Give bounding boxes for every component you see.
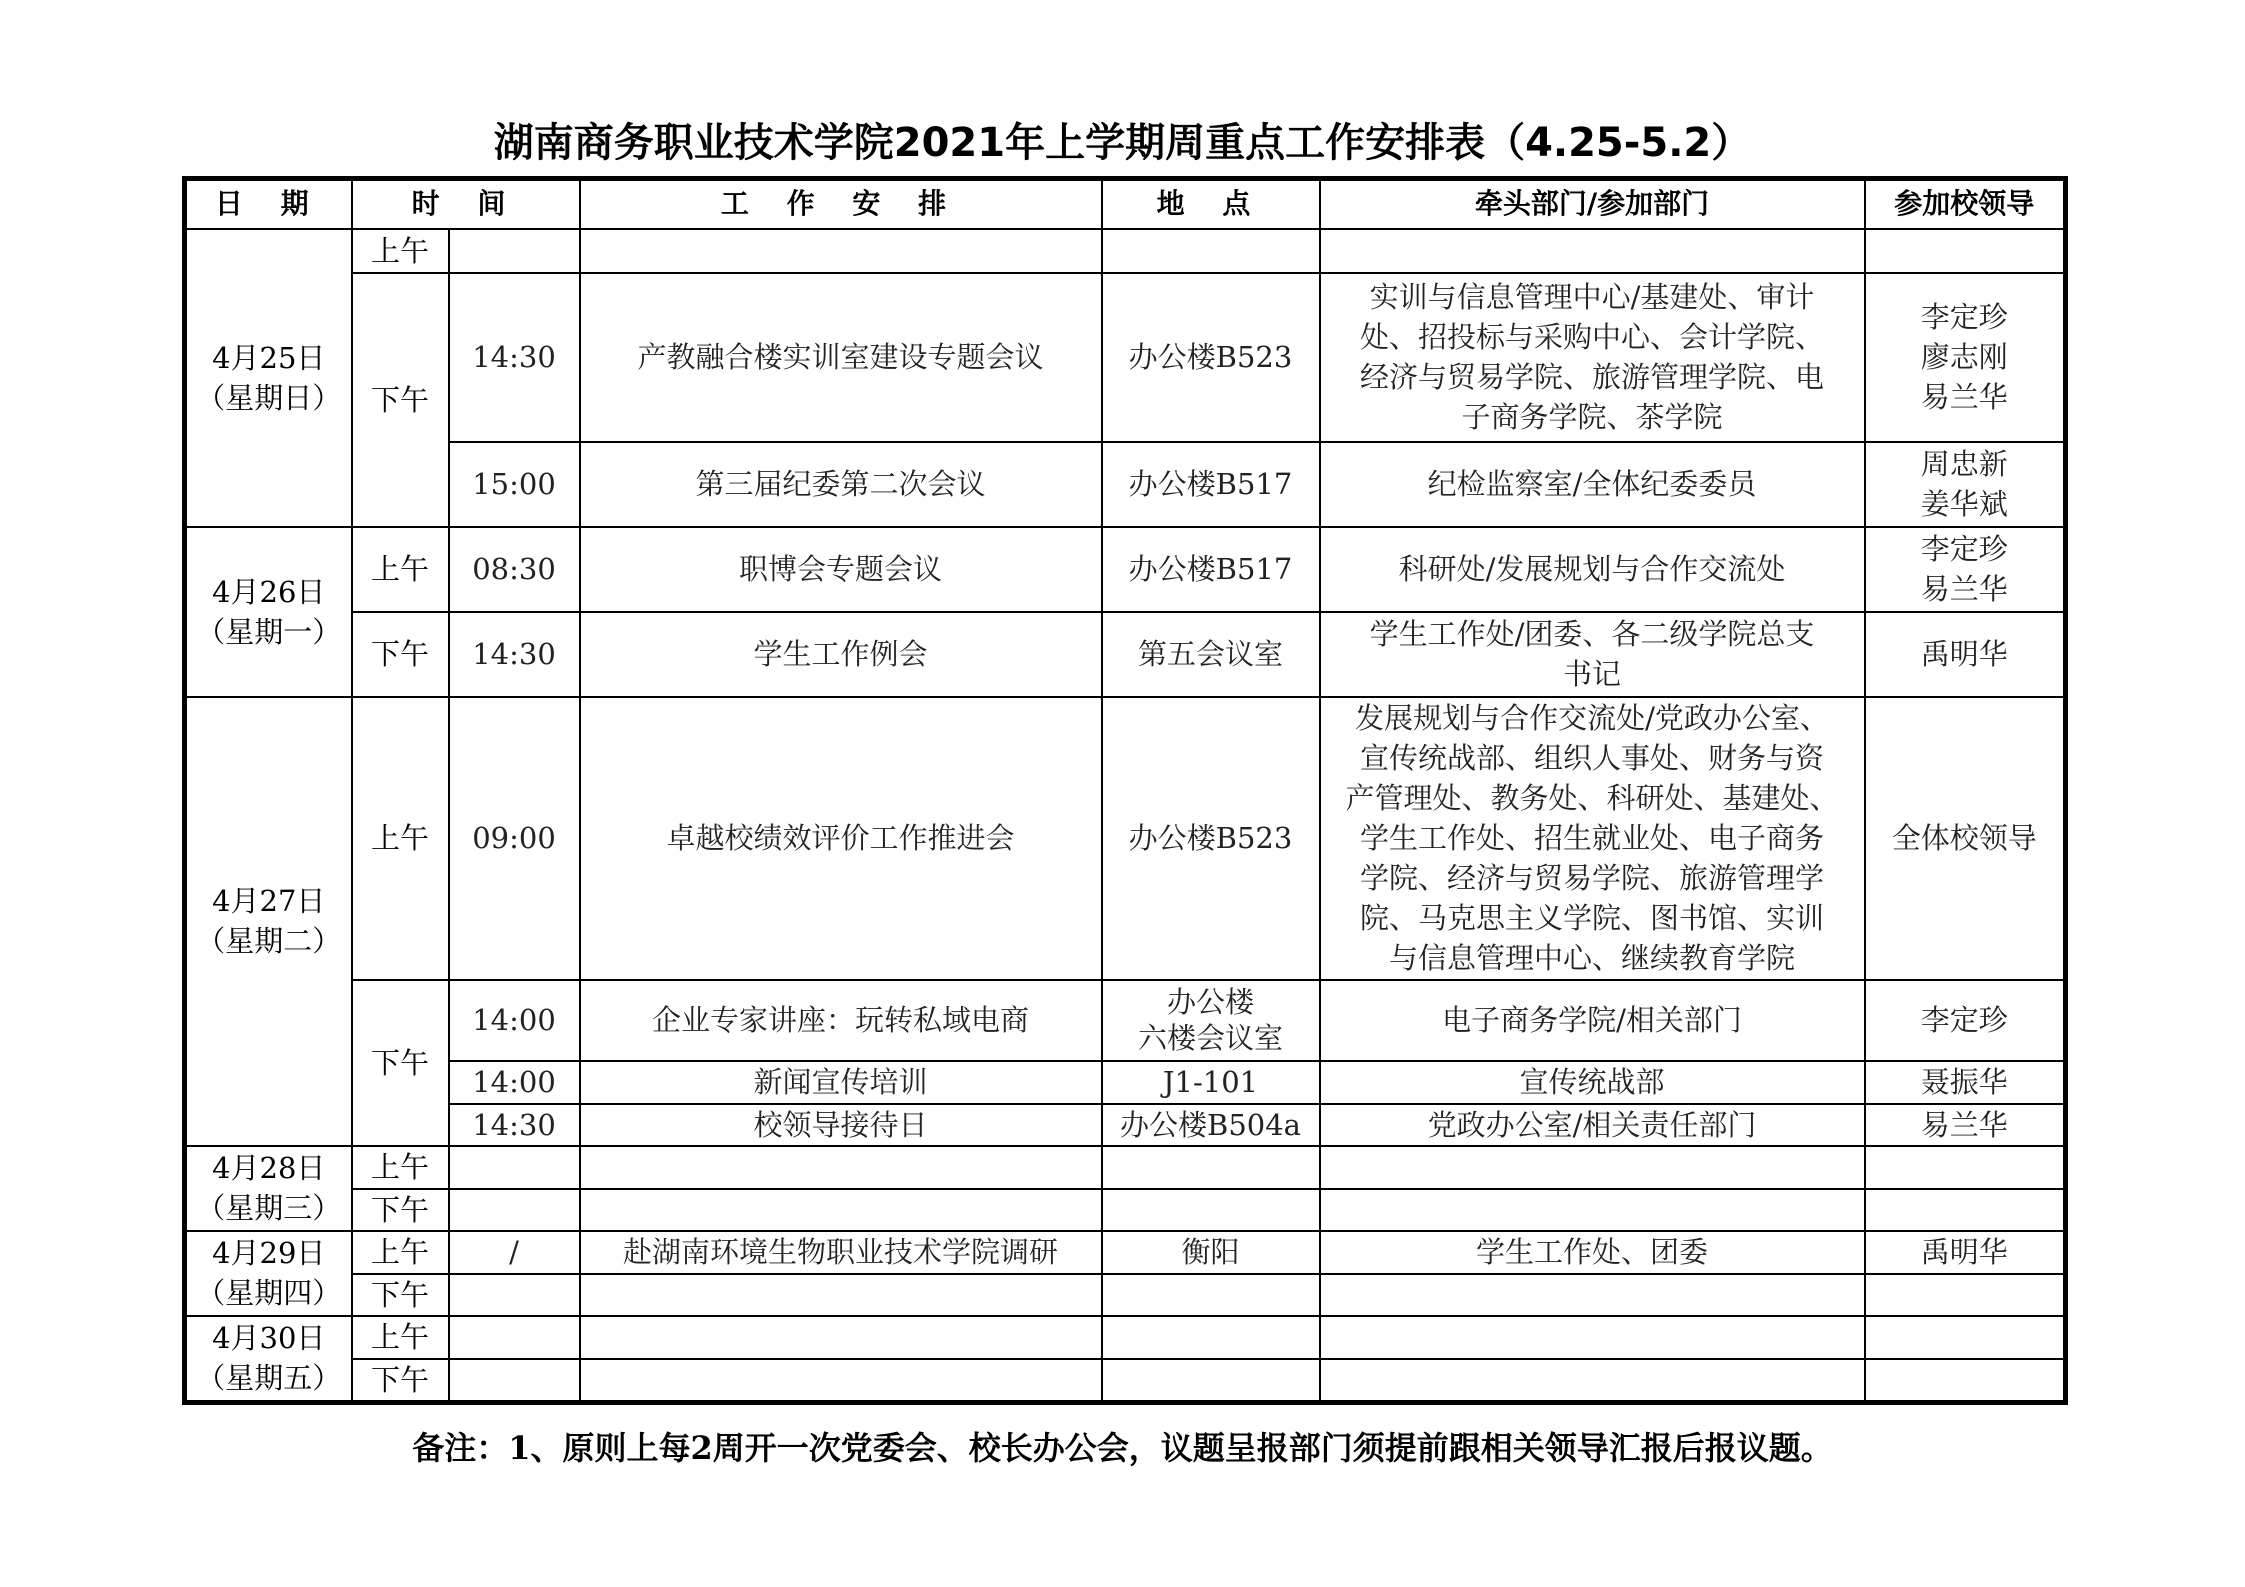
work-cell: 新闻宣传培训 [580,1061,1102,1104]
location-cell: 第五会议室 [1102,612,1320,697]
date-label: 4月25日 [193,338,345,378]
period-pm: 下午 [352,273,449,527]
location-line: 办公楼 [1109,984,1313,1020]
time-cell: 09:00 [449,697,580,980]
period-am: 上午 [352,1231,449,1274]
leaders-cell: 李定珍 廖志刚 易兰华 [1865,273,2066,442]
leaders-cell [1865,1359,2066,1403]
schedule-table: 日 期 时 间 工 作 安 排 地 点 牵头部门/参加部门 参加校领导 4月25… [182,176,2068,1405]
department-line: 子商务学院、茶学院 [1327,397,1858,437]
date-cell: 4月30日 （星期五） [185,1316,352,1403]
location-line: 六楼会议室 [1109,1020,1313,1056]
weekday-label: （星期四） [193,1273,345,1313]
location-cell: J1-101 [1102,1061,1320,1104]
time-cell [449,229,580,273]
period-am: 上午 [352,697,449,980]
location-cell [1102,1359,1320,1403]
leaders-cell [1865,1316,2066,1359]
leaders-cell [1865,1189,2066,1231]
table-row: 下午 14:00 企业专家讲座：玩转私域电商 办公楼 六楼会议室 电子商务学院/… [185,980,2066,1061]
time-cell: 15:00 [449,442,580,527]
leader-name: 易兰华 [1872,569,2058,609]
weekday-label: （星期一） [193,612,345,652]
header-location: 地 点 [1102,179,1320,229]
date-cell: 4月25日 （星期日） [185,229,352,527]
date-cell: 4月27日 （星期二） [185,697,352,1146]
time-cell: 14:30 [449,612,580,697]
header-row: 日 期 时 间 工 作 安 排 地 点 牵头部门/参加部门 参加校领导 [185,179,2066,229]
leaders-cell [1865,1274,2066,1316]
location-cell: 办公楼B517 [1102,442,1320,527]
page-title: 湖南商务职业技术学院2021年上学期周重点工作安排表（4.25-5.2） [0,118,2245,168]
work-cell [580,1316,1102,1359]
department-cell: 科研处/发展规划与合作交流处 [1320,527,1865,612]
table-row: 4月25日 （星期日） 上午 [185,229,2066,273]
date-cell: 4月29日 （星期四） [185,1231,352,1316]
work-cell [580,1189,1102,1231]
header-department: 牵头部门/参加部门 [1320,179,1865,229]
time-cell: 08:30 [449,527,580,612]
location-cell [1102,1316,1320,1359]
weekday-label: （星期日） [193,378,345,418]
leaders-cell [1865,1146,2066,1189]
table-row: 15:00 第三届纪委第二次会议 办公楼B517 纪检监察室/全体纪委委员 周忠… [185,442,2066,527]
leaders-cell [1865,229,2066,273]
department-cell [1320,1359,1865,1403]
period-am: 上午 [352,527,449,612]
footnote: 备注：1、原则上每2周开一次党委会、校长办公会，议题呈报部门须提前跟相关领导汇报… [0,1426,2245,1470]
work-cell [580,229,1102,273]
department-cell: 电子商务学院/相关部门 [1320,980,1865,1061]
time-cell [449,1274,580,1316]
leaders-cell: 李定珍 [1865,980,2066,1061]
leaders-cell: 全体校领导 [1865,697,2066,980]
time-cell [449,1359,580,1403]
date-label: 4月29日 [193,1233,345,1273]
leaders-cell: 聂振华 [1865,1061,2066,1104]
leaders-cell: 禹明华 [1865,612,2066,697]
table-row: 下午 14:30 产教融合楼实训室建设专题会议 办公楼B523 实训与信息管理中… [185,273,2066,442]
period-am: 上午 [352,1316,449,1359]
period-pm: 下午 [352,980,449,1146]
work-cell: 第三届纪委第二次会议 [580,442,1102,527]
date-label: 4月27日 [193,881,345,921]
location-cell: 办公楼B523 [1102,697,1320,980]
department-cell [1320,1189,1865,1231]
department-cell [1320,1274,1865,1316]
header-work: 工 作 安 排 [580,179,1102,229]
department-cell: 学生工作处、团委 [1320,1231,1865,1274]
leader-name: 李定珍 [1872,529,2058,569]
work-cell: 赴湖南环境生物职业技术学院调研 [580,1231,1102,1274]
date-label: 4月30日 [193,1318,345,1358]
weekday-label: （星期三） [193,1188,345,1228]
department-cell [1320,229,1865,273]
location-cell: 办公楼B517 [1102,527,1320,612]
department-cell: 学生工作处/团委、各二级学院总支 书记 [1320,612,1865,697]
work-cell: 学生工作例会 [580,612,1102,697]
work-cell: 产教融合楼实训室建设专题会议 [580,273,1102,442]
weekday-label: （星期二） [193,921,345,961]
time-cell: 14:30 [449,1104,580,1146]
department-line: 院、马克思主义学院、图书馆、实训 [1327,898,1858,938]
date-label: 4月28日 [193,1148,345,1188]
work-cell: 卓越校绩效评价工作推进会 [580,697,1102,980]
header-date: 日 期 [185,179,352,229]
time-cell: 14:30 [449,273,580,442]
department-line: 实训与信息管理中心/基建处、审计 [1327,277,1858,317]
department-line: 产管理处、教务处、科研处、基建处、 [1327,778,1858,818]
period-pm: 下午 [352,612,449,697]
department-cell: 宣传统战部 [1320,1061,1865,1104]
table-row: 下午 14:30 学生工作例会 第五会议室 学生工作处/团委、各二级学院总支 书… [185,612,2066,697]
work-cell [580,1146,1102,1189]
department-line: 经济与贸易学院、旅游管理学院、电 [1327,357,1858,397]
location-cell: 办公楼B523 [1102,273,1320,442]
department-line: 学生工作处、招生就业处、电子商务 [1327,818,1858,858]
department-line: 与信息管理中心、继续教育学院 [1327,938,1858,978]
header-leaders: 参加校领导 [1865,179,2066,229]
department-line: 处、招投标与采购中心、会计学院、 [1327,317,1858,357]
work-cell: 企业专家讲座：玩转私域电商 [580,980,1102,1061]
work-cell [580,1359,1102,1403]
work-cell [580,1274,1102,1316]
department-cell: 发展规划与合作交流处/党政办公室、 宣传统战部、组织人事处、财务与资 产管理处、… [1320,697,1865,980]
table-row: 4月26日 （星期一） 上午 08:30 职博会专题会议 办公楼B517 科研处… [185,527,2066,612]
department-line: 学生工作处/团委、各二级学院总支 [1327,614,1858,654]
work-cell: 校领导接待日 [580,1104,1102,1146]
work-cell: 职博会专题会议 [580,527,1102,612]
table-row: 14:30 校领导接待日 办公楼B504a 党政办公室/相关责任部门 易兰华 [185,1104,2066,1146]
leaders-cell: 李定珍 易兰华 [1865,527,2066,612]
table-row: 下午 [185,1359,2066,1403]
location-cell [1102,1189,1320,1231]
table-row: 4月30日 （星期五） 上午 [185,1316,2066,1359]
weekday-label: （星期五） [193,1358,345,1398]
date-cell: 4月26日 （星期一） [185,527,352,697]
location-cell [1102,229,1320,273]
period-pm: 下午 [352,1274,449,1316]
department-cell: 实训与信息管理中心/基建处、审计 处、招投标与采购中心、会计学院、 经济与贸易学… [1320,273,1865,442]
time-cell [449,1146,580,1189]
time-cell: 14:00 [449,1061,580,1104]
department-line: 发展规划与合作交流处/党政办公室、 [1327,698,1858,738]
period-am: 上午 [352,1146,449,1189]
leader-name: 李定珍 [1872,297,2058,337]
table-row: 4月29日 （星期四） 上午 / 赴湖南环境生物职业技术学院调研 衡阳 学生工作… [185,1231,2066,1274]
location-cell [1102,1146,1320,1189]
location-cell [1102,1274,1320,1316]
time-cell [449,1189,580,1231]
leaders-cell: 易兰华 [1865,1104,2066,1146]
date-label: 4月26日 [193,572,345,612]
location-cell: 办公楼 六楼会议室 [1102,980,1320,1061]
table-row: 4月28日 （星期三） 上午 [185,1146,2066,1189]
time-cell [449,1316,580,1359]
table-row: 下午 [185,1189,2066,1231]
leader-name: 廖志刚 [1872,337,2058,377]
period-pm: 下午 [352,1189,449,1231]
department-cell [1320,1316,1865,1359]
department-cell [1320,1146,1865,1189]
leader-name: 周忠新 [1872,444,2058,484]
time-cell: / [449,1231,580,1274]
department-line: 书记 [1327,654,1858,694]
leaders-cell: 周忠新 姜华斌 [1865,442,2066,527]
header-time: 时 间 [352,179,580,229]
leader-name: 易兰华 [1872,377,2058,417]
date-cell: 4月28日 （星期三） [185,1146,352,1231]
location-cell: 衡阳 [1102,1231,1320,1274]
time-cell: 14:00 [449,980,580,1061]
period-am: 上午 [352,229,449,273]
leaders-cell: 禹明华 [1865,1231,2066,1274]
leader-name: 姜华斌 [1872,484,2058,524]
location-cell: 办公楼B504a [1102,1104,1320,1146]
department-cell: 党政办公室/相关责任部门 [1320,1104,1865,1146]
department-cell: 纪检监察室/全体纪委委员 [1320,442,1865,527]
table-row: 14:00 新闻宣传培训 J1-101 宣传统战部 聂振华 [185,1061,2066,1104]
department-line: 学院、经济与贸易学院、旅游管理学 [1327,858,1858,898]
table-row: 4月27日 （星期二） 上午 09:00 卓越校绩效评价工作推进会 办公楼B52… [185,697,2066,980]
period-pm: 下午 [352,1359,449,1403]
table-row: 下午 [185,1274,2066,1316]
department-line: 宣传统战部、组织人事处、财务与资 [1327,738,1858,778]
